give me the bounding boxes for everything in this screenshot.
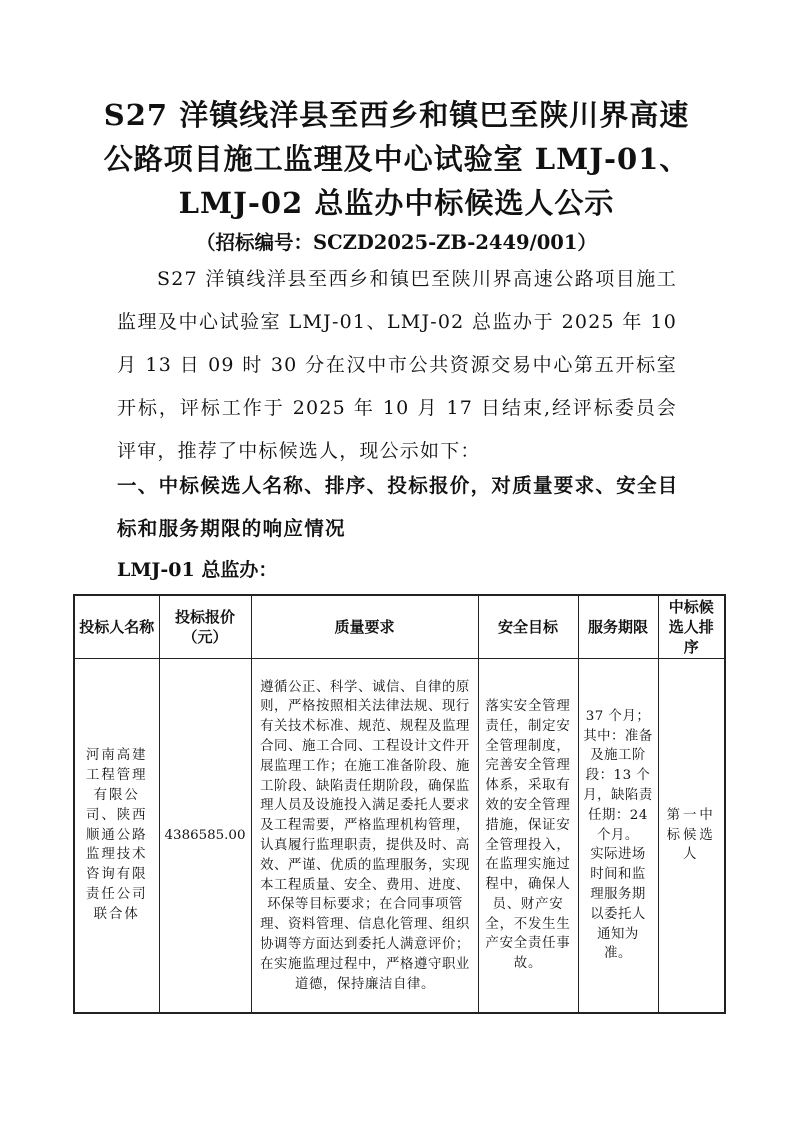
table-row: 河南高建工程管理有限公司、陕西顺通公路监理技术咨询有限责任公司联合体 43865… — [74, 659, 725, 1014]
title-line-3: LMJ-02 总监办中标候选人公示 — [60, 181, 733, 225]
document-title: S27 洋镇线洋县至西乡和镇巴至陕川界高速 公路项目施工监理及中心试验室 LMJ… — [60, 93, 733, 225]
service-period-note: 实际进场时间和监理服务期以委托人通知为准。 — [581, 845, 656, 964]
header-rank: 中标候选人排序 — [658, 595, 725, 659]
title-line-2: 公路项目施工监理及中心试验室 LMJ-01、 — [60, 137, 733, 181]
cell-service-period: 37 个月；其中：准备及施工阶段：13 个月，缺陷责任期：24 个月。实际进场时… — [578, 659, 658, 1014]
cell-bid-price: 4386585.00 — [159, 659, 251, 1014]
header-bid-price: 投标报价（元） — [159, 595, 251, 659]
document-page: S27 洋镇线洋县至西乡和镇巴至陕川界高速 公路项目施工监理及中心试验室 LMJ… — [0, 0, 793, 1122]
quality-text: 遵循公正、科学、诚信、自律的原则，严格按照相关法律法规、现行有关技术标准、规范、… — [260, 680, 470, 972]
header-bidder-name: 投标人名称 — [74, 595, 159, 659]
intro-text: S27 洋镇线洋县至西乡和镇巴至陕川界高速公路项目施工监理及中心试验室 LMJ-… — [117, 268, 677, 462]
quality-text-last: 道德，保持廉洁自律。 — [256, 975, 475, 995]
section-heading: 一、中标候选人名称、排序、投标报价，对质量要求、安全目标和服务期限的响应情况 — [117, 464, 683, 550]
service-period-text: 37 个月；其中：准备及施工阶段：13 个月，缺陷责任期：24 个月。 — [583, 709, 652, 843]
tender-number: （招标编号：SCZD2025-ZB-2449/001） — [0, 228, 793, 258]
candidate-table: 投标人名称 投标报价（元） 质量要求 安全目标 服务期限 中标候选人排序 河南高… — [73, 594, 726, 1014]
cell-rank: 第一中标候选人 — [658, 659, 725, 1014]
table-header-row: 投标人名称 投标报价（元） 质量要求 安全目标 服务期限 中标候选人排序 — [74, 595, 725, 659]
cell-quality: 遵循公正、科学、诚信、自律的原则，严格按照相关法律法规、现行有关技术标准、规范、… — [251, 659, 478, 1014]
intro-paragraph: S27 洋镇线洋县至西乡和镇巴至陕川界高速公路项目施工监理及中心试验室 LMJ-… — [117, 258, 677, 473]
lot-label: LMJ-01 总监办： — [117, 550, 277, 590]
header-safety: 安全目标 — [478, 595, 578, 659]
cell-safety: 落实安全管理责任，制定安全管理制度，完善安全管理体系，采取有效的安全管理措施，保… — [478, 659, 578, 1014]
title-line-1: S27 洋镇线洋县至西乡和镇巴至陕川界高速 — [60, 93, 733, 137]
header-quality: 质量要求 — [251, 595, 478, 659]
header-service-period: 服务期限 — [578, 595, 658, 659]
cell-bidder: 河南高建工程管理有限公司、陕西顺通公路监理技术咨询有限责任公司联合体 — [74, 659, 159, 1014]
